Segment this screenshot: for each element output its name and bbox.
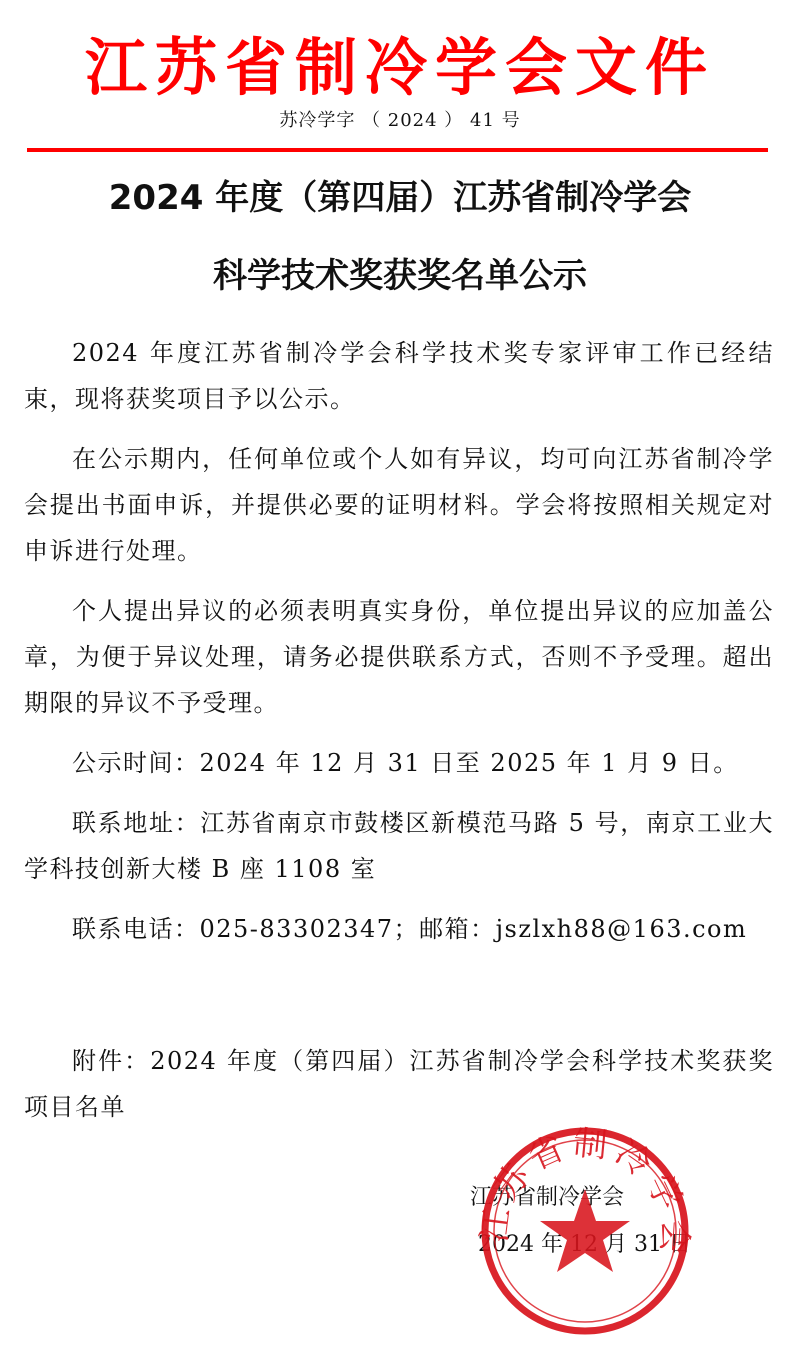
notice-body: 2024 年度江苏省制冷学会科学技术奖专家评审工作已经结束，现将获奖项目予以公示… [24, 330, 774, 966]
paragraph-address: 联系地址：江苏省南京市鼓楼区新模范马路 5 号，南京工业大学科技创新大楼 B 座… [24, 800, 774, 892]
document-org-title: 江苏省制冷学会文件 [0, 28, 800, 108]
paragraph-contact: 联系电话：025-83302347；邮箱：jszlxh88@163.com [24, 906, 774, 952]
header-divider [27, 148, 768, 152]
notice-title-line-2: 科学技术奖获奖名单公示 [0, 254, 800, 298]
paragraph-intro: 2024 年度江苏省制冷学会科学技术奖专家评审工作已经结束，现将获奖项目予以公示… [24, 330, 774, 422]
document-number: 苏冷学字 （ 2024 ） 41 号 [0, 108, 800, 134]
paragraph-period: 公示时间：2024 年 12 月 31 日至 2025 年 1 月 9 日。 [24, 740, 774, 786]
attachment-note: 附件：2024 年度（第四届）江苏省制冷学会科学技术奖获奖项目名单 [24, 1038, 774, 1130]
paragraph-requirements: 个人提出异议的必须表明真实身份，单位提出异议的应加盖公章，为便于异议处理，请务必… [24, 588, 774, 726]
notice-title-line-1: 2024 年度（第四届）江苏省制冷学会 [0, 176, 800, 220]
paragraph-objection: 在公示期内，任何单位或个人如有异议，均可向江苏省制冷学会提出书面申诉，并提供必要… [24, 436, 774, 574]
official-seal-icon: 江苏省制冷学会 [475, 1125, 695, 1340]
